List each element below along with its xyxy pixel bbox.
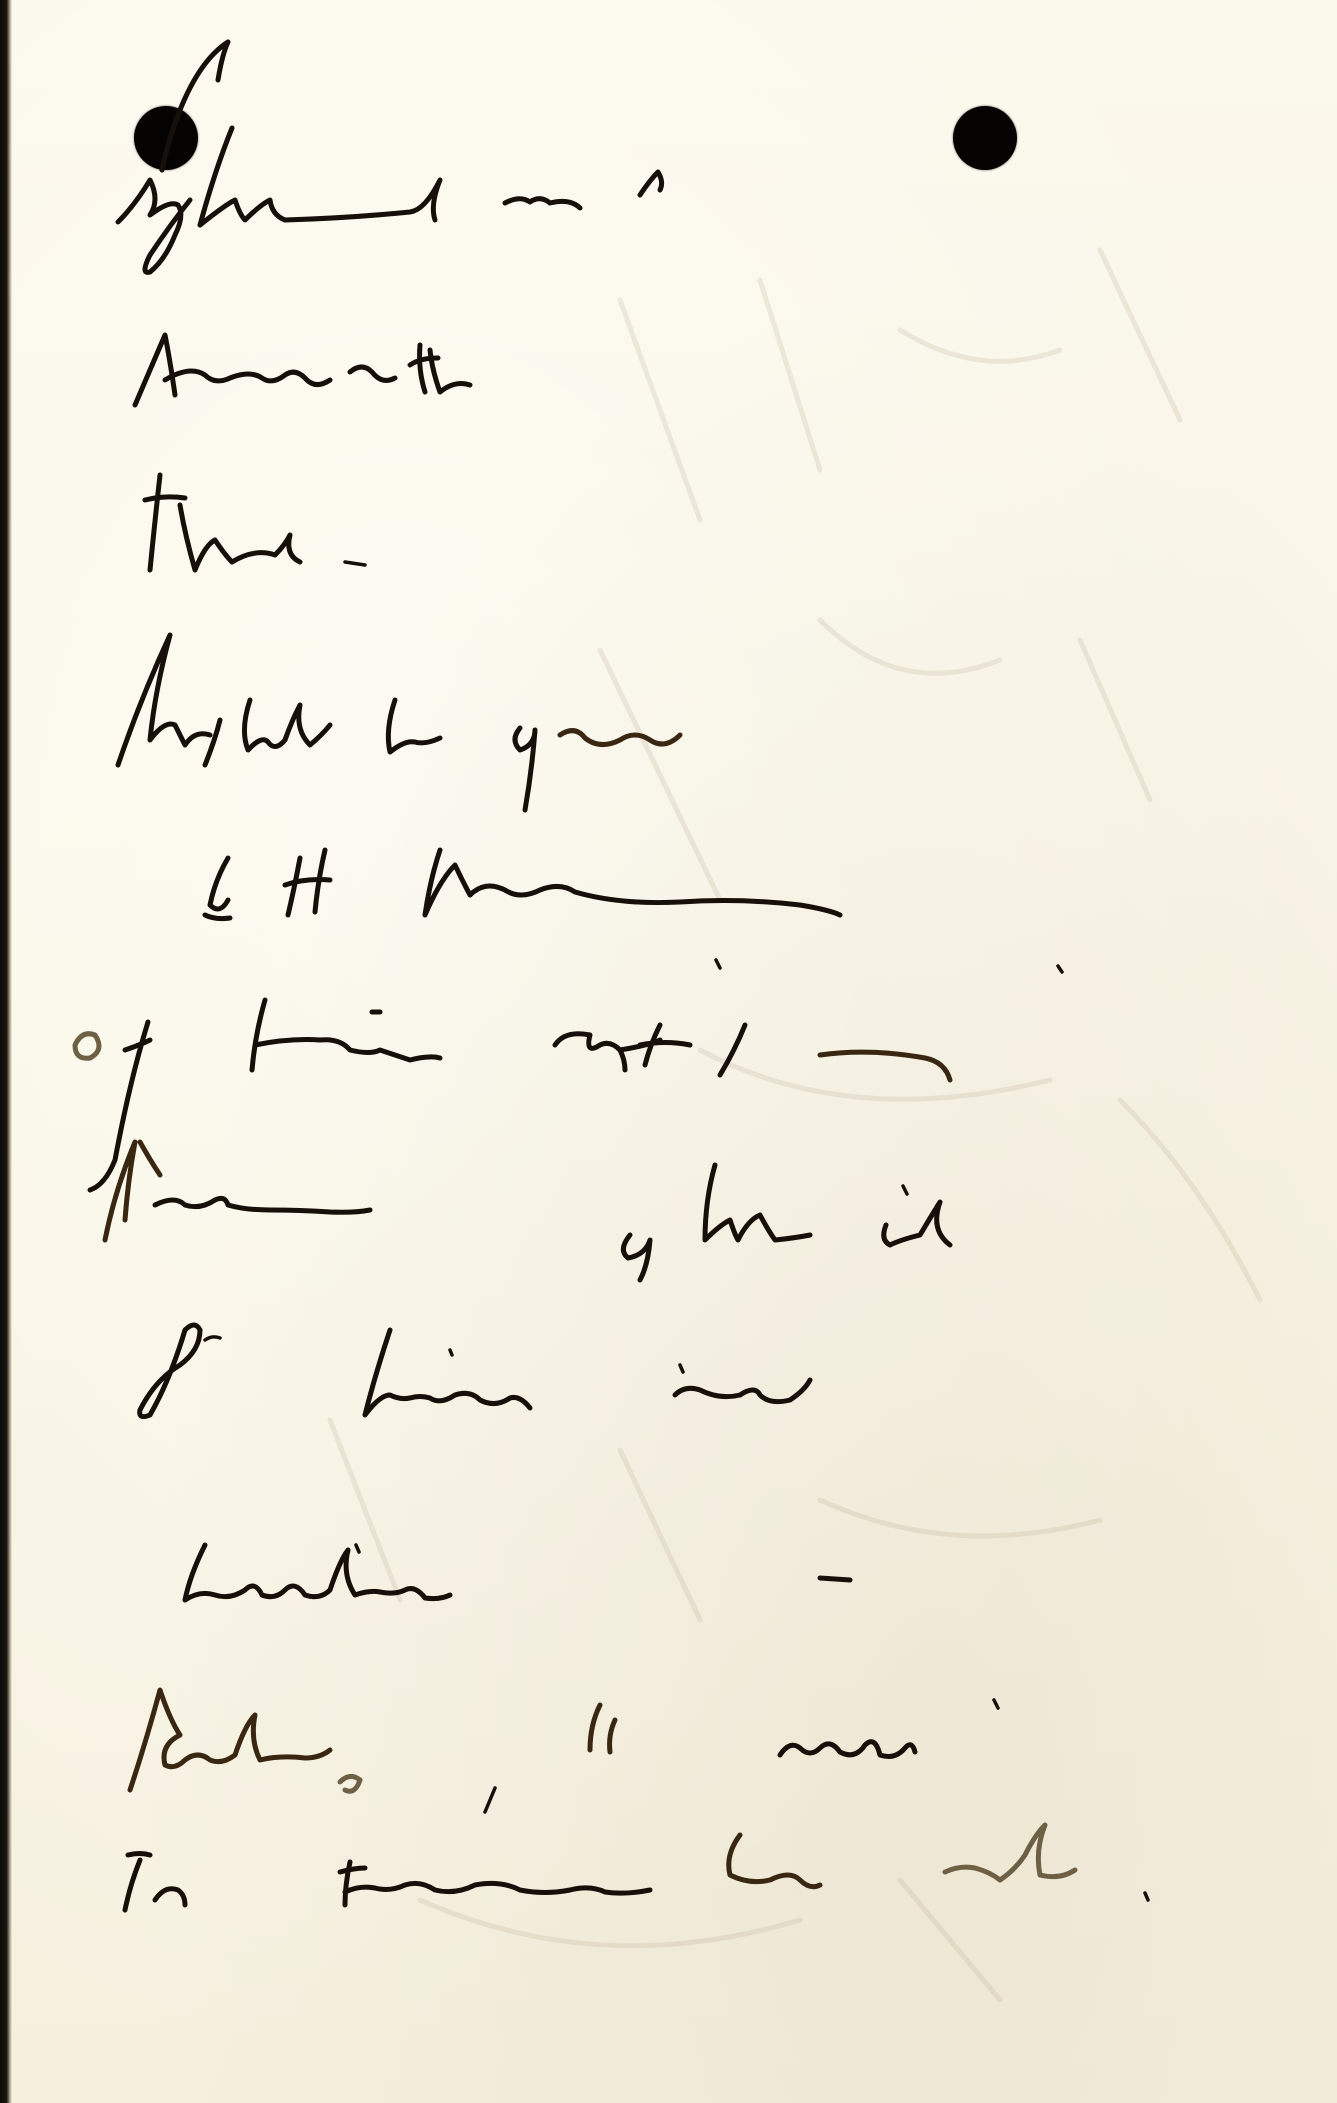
handwriting-line-1 [118, 42, 662, 272]
handwriting-line-9 [185, 1545, 850, 1600]
handwriting-line-10 [130, 1690, 998, 1812]
handwriting-line-5 [205, 850, 840, 968]
handwriting-line-2 [135, 335, 470, 405]
handwriting [0, 0, 1337, 2103]
handwriting-line-4 [118, 635, 680, 810]
handwriting-line-8 [140, 1325, 810, 1417]
handwriting-line-3 [145, 475, 365, 570]
handwriting-line-11 [125, 1825, 1148, 1910]
letter-page: England and America the third — This wil… [0, 0, 1337, 2103]
handwriting-line-6 [75, 966, 1062, 1190]
handwriting-line-7 [105, 1142, 950, 1280]
